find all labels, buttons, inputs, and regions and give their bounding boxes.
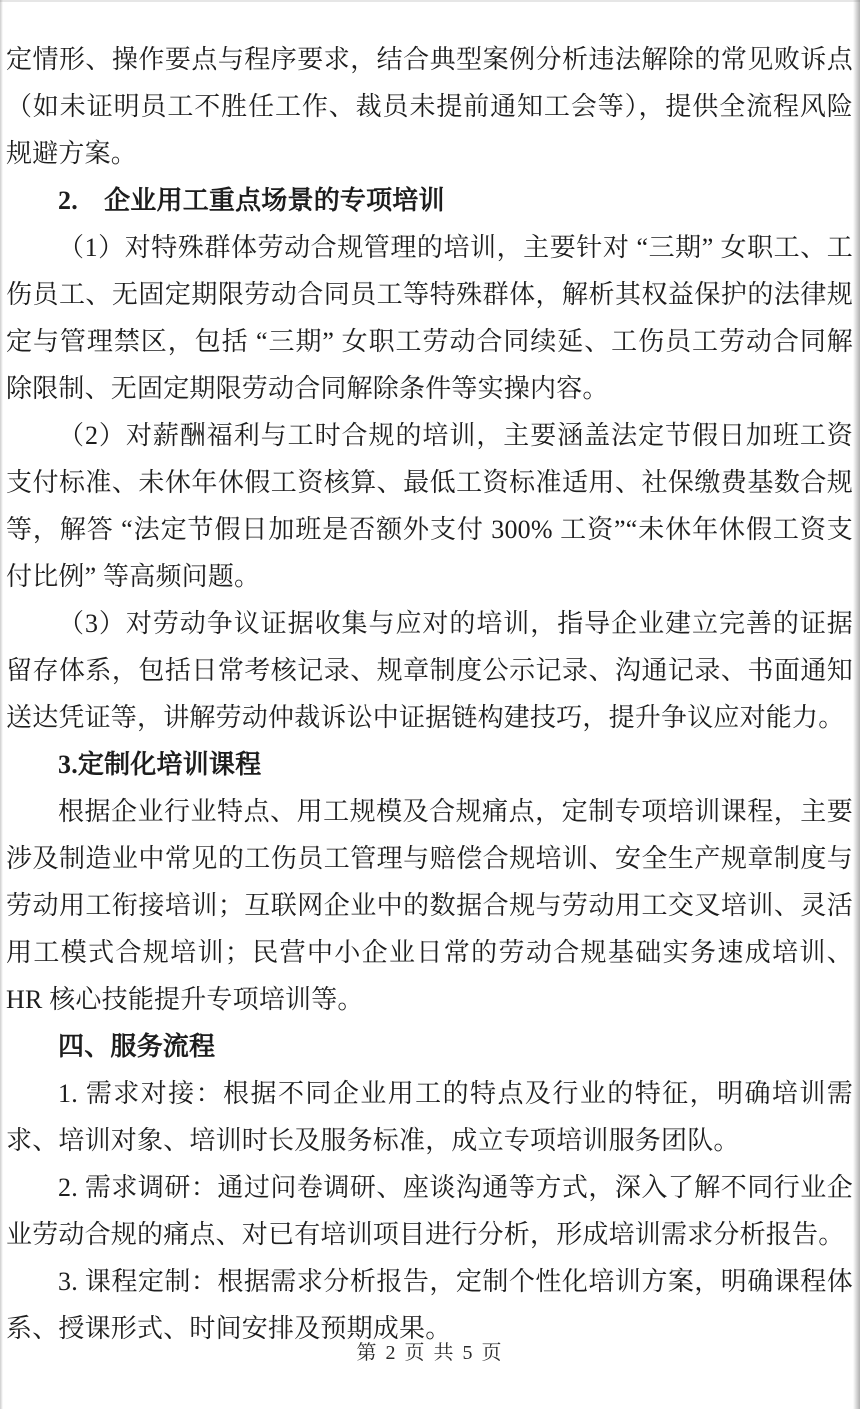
paragraph: （2）对薪酬福利与工时合规的培训，主要涵盖法定节假日加班工资支付标准、未休年休假… — [6, 412, 853, 600]
paragraph: 2. 需求调研：通过问卷调研、座谈沟通等方式，深入了解不同行业企业劳动合规的痛点… — [6, 1164, 853, 1258]
section-heading: 2. 企业用工重点场景的专项培训 — [6, 177, 853, 224]
paragraph: 根据企业行业特点、用工规模及合规痛点，定制专项培训课程，主要涉及制造业中常见的工… — [6, 788, 853, 1023]
page-edge-right — [853, 0, 860, 1409]
paragraph: 1. 需求对接：根据不同企业用工的特点及行业的特征，明确培训需求、培训对象、培训… — [6, 1070, 853, 1164]
paragraph: 定情形、操作要点与程序要求，结合典型案例分析违法解除的常见败诉点（如未证明员工不… — [6, 36, 853, 177]
page-edge-left — [0, 0, 3, 1409]
document-body: 定情形、操作要点与程序要求，结合典型案例分析违法解除的常见败诉点（如未证明员工不… — [6, 36, 853, 1352]
section-heading: 3.定制化培训课程 — [6, 741, 853, 788]
paragraph: （3）对劳动争议证据收集与应对的培训，指导企业建立完善的证据留存体系，包括日常考… — [6, 600, 853, 741]
section-heading: 四、服务流程 — [6, 1023, 853, 1070]
page-number-footer: 第 2 页 共 5 页 — [0, 1338, 860, 1368]
paragraph: （1）对特殊群体劳动合规管理的培训，主要针对 “三期” 女职工、工伤员工、无固定… — [6, 224, 853, 412]
document-page: 定情形、操作要点与程序要求，结合典型案例分析违法解除的常见败诉点（如未证明员工不… — [0, 0, 860, 1409]
page-edge-top — [0, 0, 860, 2]
